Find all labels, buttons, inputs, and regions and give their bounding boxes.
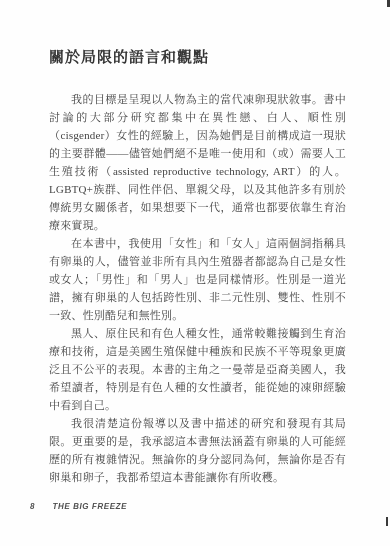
running-title: THE BIG FREEZE <box>52 502 127 511</box>
scan-artifact-bottom-right <box>386 517 388 526</box>
page-number: 8 <box>30 502 34 511</box>
page-content: 關於局限的語言和觀點 我的目標是呈現以人物為主的當代凍卵現狀敘事。書中討論的大部… <box>49 46 346 487</box>
paragraph: 我的目標是呈現以人物為主的當代凍卵現狀敘事。書中討論的大部分研究都集中在異性戀、… <box>49 91 346 235</box>
book-page: 關於局限的語言和觀點 我的目標是呈現以人物為主的當代凍卵現狀敘事。書中討論的大部… <box>0 0 390 546</box>
paragraph: 在本書中，我使用「女性」和「女人」這兩個詞指稱具有卵巢的人，儘管並非所有具內生殖… <box>49 235 346 325</box>
paragraph: 我很清楚這份報導以及書中描述的研究和發現有其局限。更重要的是，我承認這本書無法涵… <box>49 415 346 487</box>
body-text: 我的目標是呈現以人物為主的當代凍卵現狀敘事。書中討論的大部分研究都集中在異性戀、… <box>49 91 346 487</box>
page-footer: 8 THE BIG FREEZE <box>30 502 127 511</box>
section-heading: 關於局限的語言和觀點 <box>49 46 346 67</box>
paragraph: 黑人、原住民和有色人種女性，通常較難接觸到生育治療和技術，這是美國生殖保健中種族… <box>49 325 346 415</box>
